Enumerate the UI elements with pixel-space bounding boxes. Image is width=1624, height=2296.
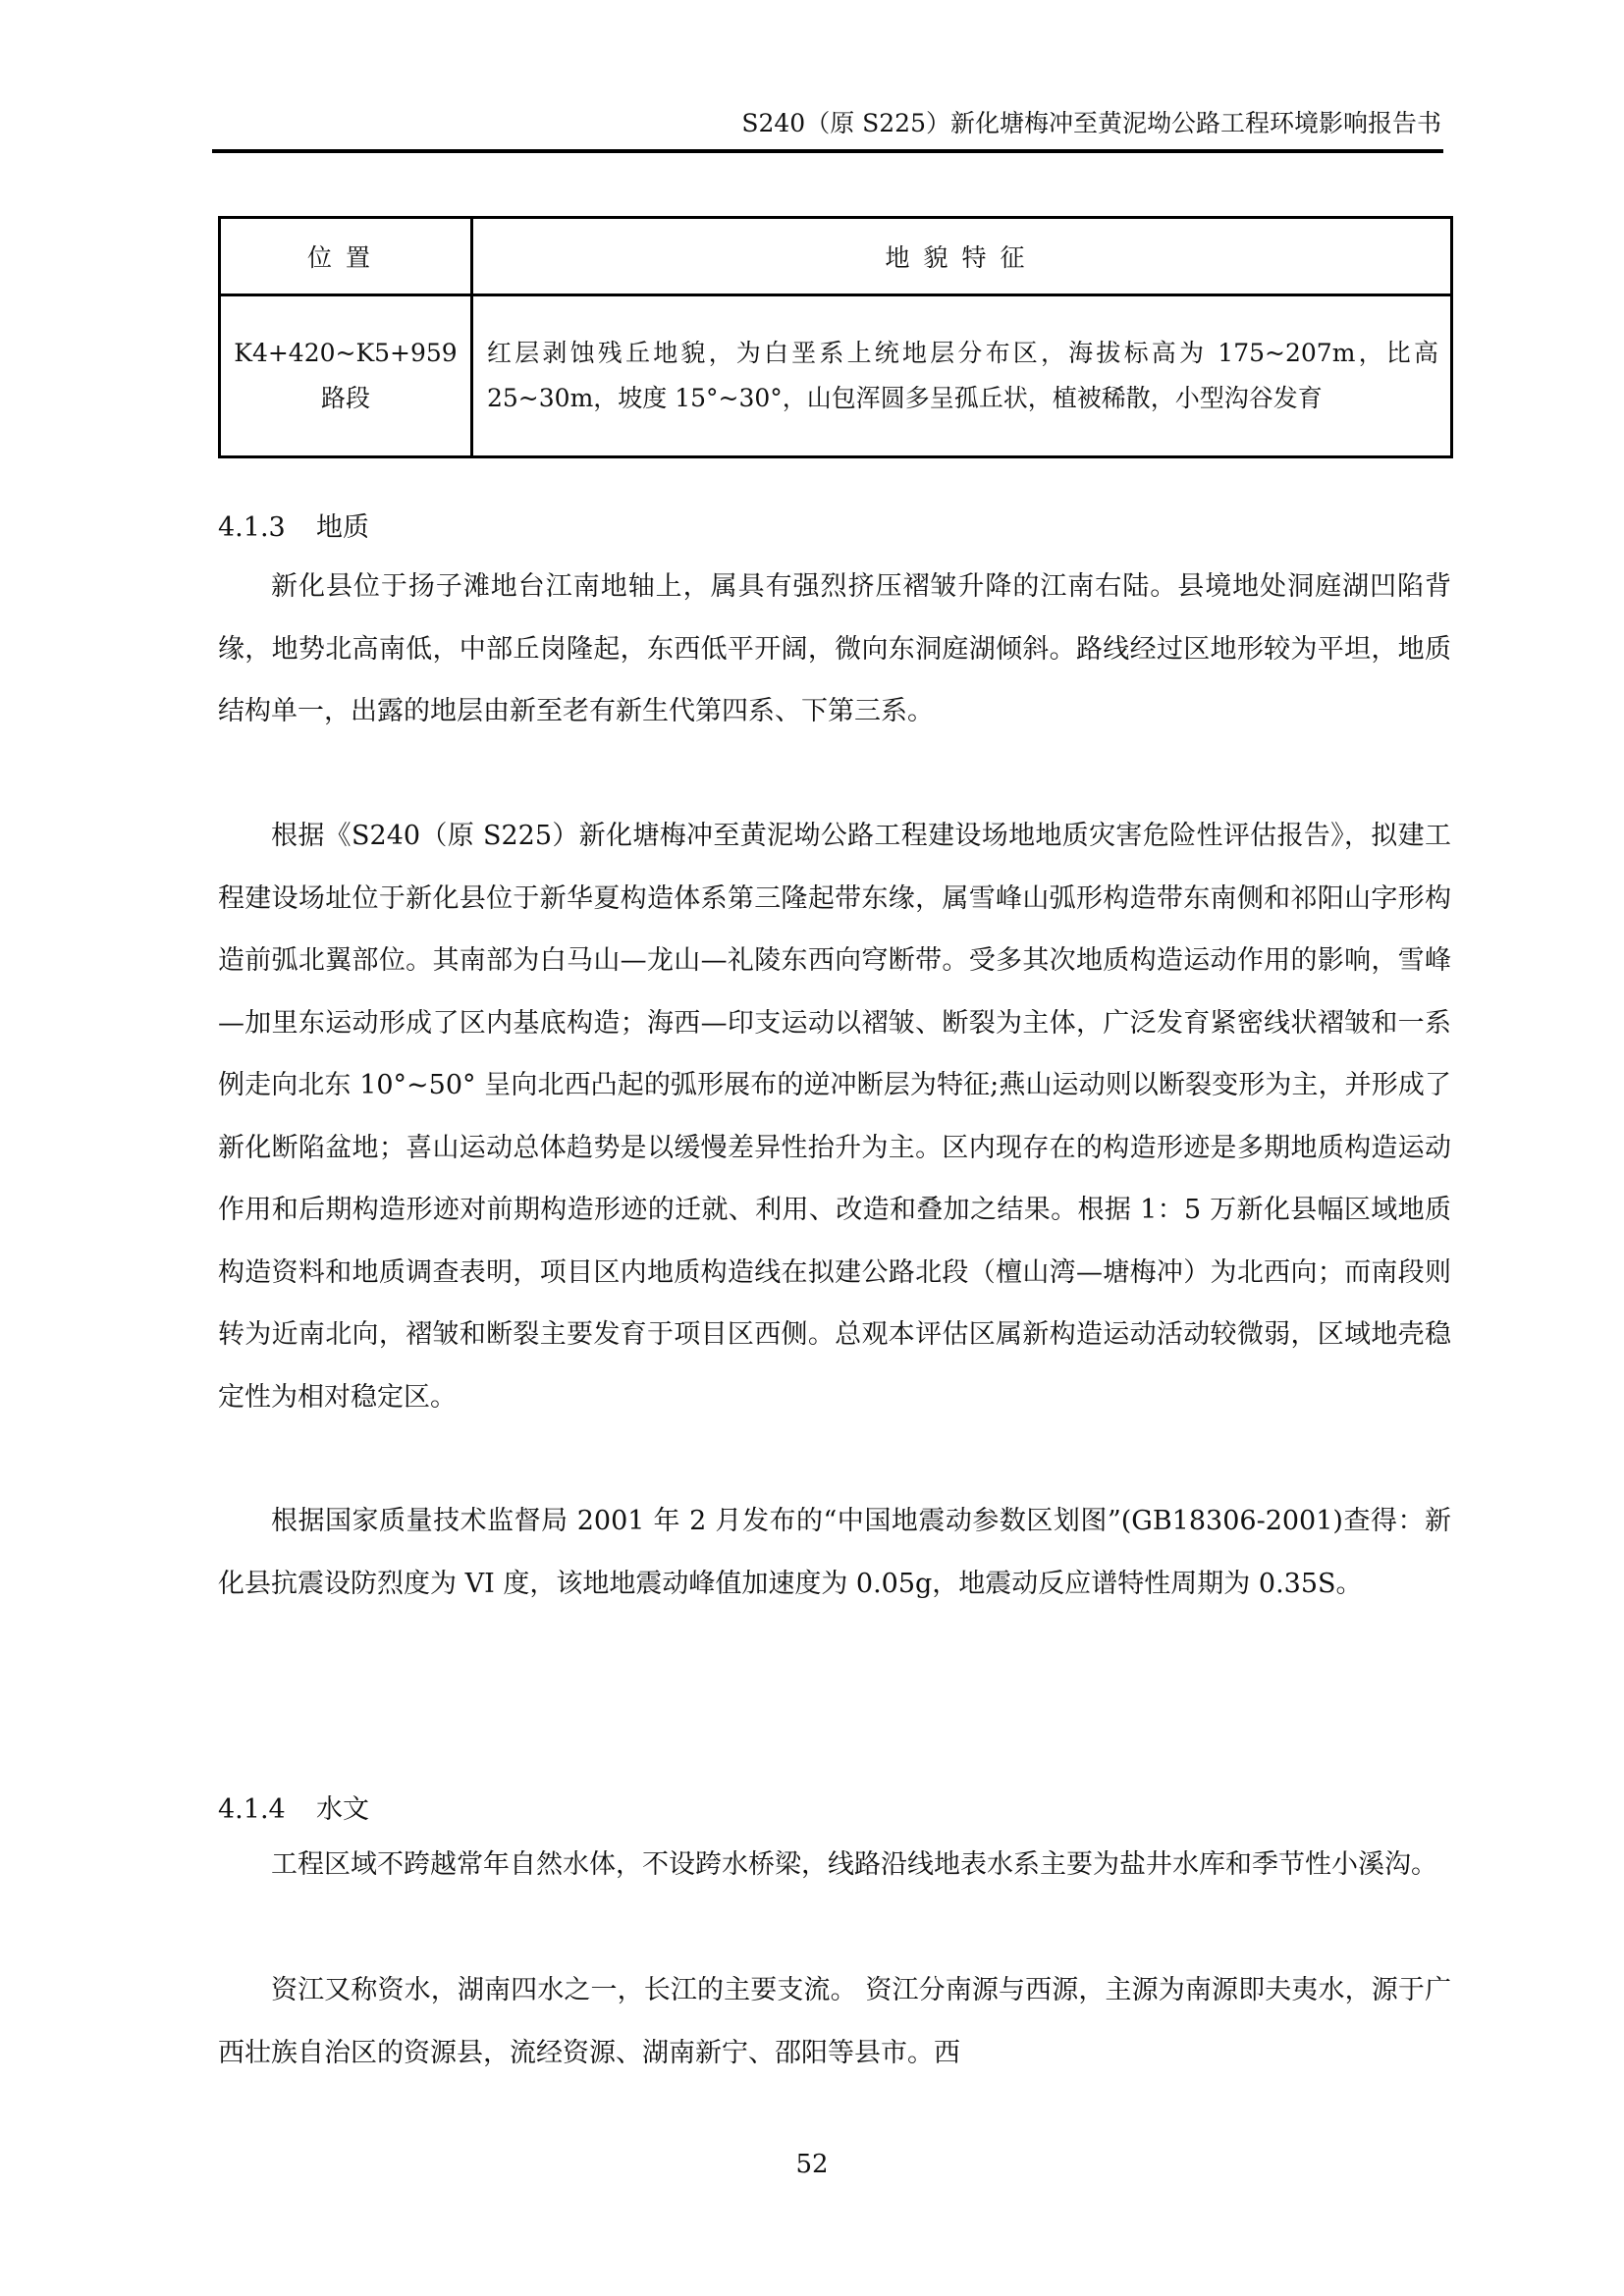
table-header-row: 位置 地貌特征: [220, 218, 1452, 295]
section-number: 4.1.4: [218, 1790, 316, 1830]
location-range: K4+420~K5+959: [222, 331, 469, 376]
column-header-location: 位置: [220, 218, 472, 295]
paragraph: 资江又称资水，湖南四水之一，长江的主要支流。 资江分南源与西源，主源为南源即夫夷…: [218, 1959, 1451, 2084]
section-title: 水文: [316, 1794, 369, 1825]
section-number: 4.1.3: [218, 508, 316, 548]
table-row: K4+420~K5+959 路段 红层剥蚀残丘地貌，为白垩系上统地层分布区，海拔…: [220, 295, 1452, 457]
running-header: S240（原 S225）新化塘梅冲至黄泥坳公路工程环境影响报告书: [212, 106, 1441, 141]
location-suffix: 路段: [222, 376, 469, 421]
section-title: 地质: [316, 512, 369, 543]
section-heading-geology: 4.1.3地质: [218, 508, 369, 548]
paragraph: 工程区域不跨越常年自然水体，不设跨水桥梁，线路沿线地表水系主要为盐井水库和季节性…: [218, 1834, 1451, 1896]
landform-description-cell: 红层剥蚀残丘地貌，为白垩系上统地层分布区，海拔标高为 175~207m，比高 2…: [472, 295, 1452, 457]
page-number: 52: [0, 2150, 1624, 2179]
header-rule: [212, 149, 1443, 153]
column-header-landform: 地貌特征: [472, 218, 1452, 295]
paragraph: 新化县位于扬子滩地台江南地轴上，属具有强烈挤压褶皱升降的江南右陆。县境地处洞庭湖…: [218, 556, 1451, 743]
paragraph: 根据国家质量技术监督局 2001 年 2 月发布的“中国地震动参数区划图”(GB…: [218, 1490, 1451, 1615]
landform-table: 位置 地貌特征 K4+420~K5+959 路段 红层剥蚀残丘地貌，为白垩系上统…: [218, 216, 1453, 458]
section-heading-hydrology: 4.1.4水文: [218, 1790, 369, 1830]
location-cell: K4+420~K5+959 路段: [220, 295, 472, 457]
paragraph: 根据《S240（原 S225）新化塘梅冲至黄泥坳公路工程建设场地地质灾害危险性评…: [218, 805, 1451, 1428]
